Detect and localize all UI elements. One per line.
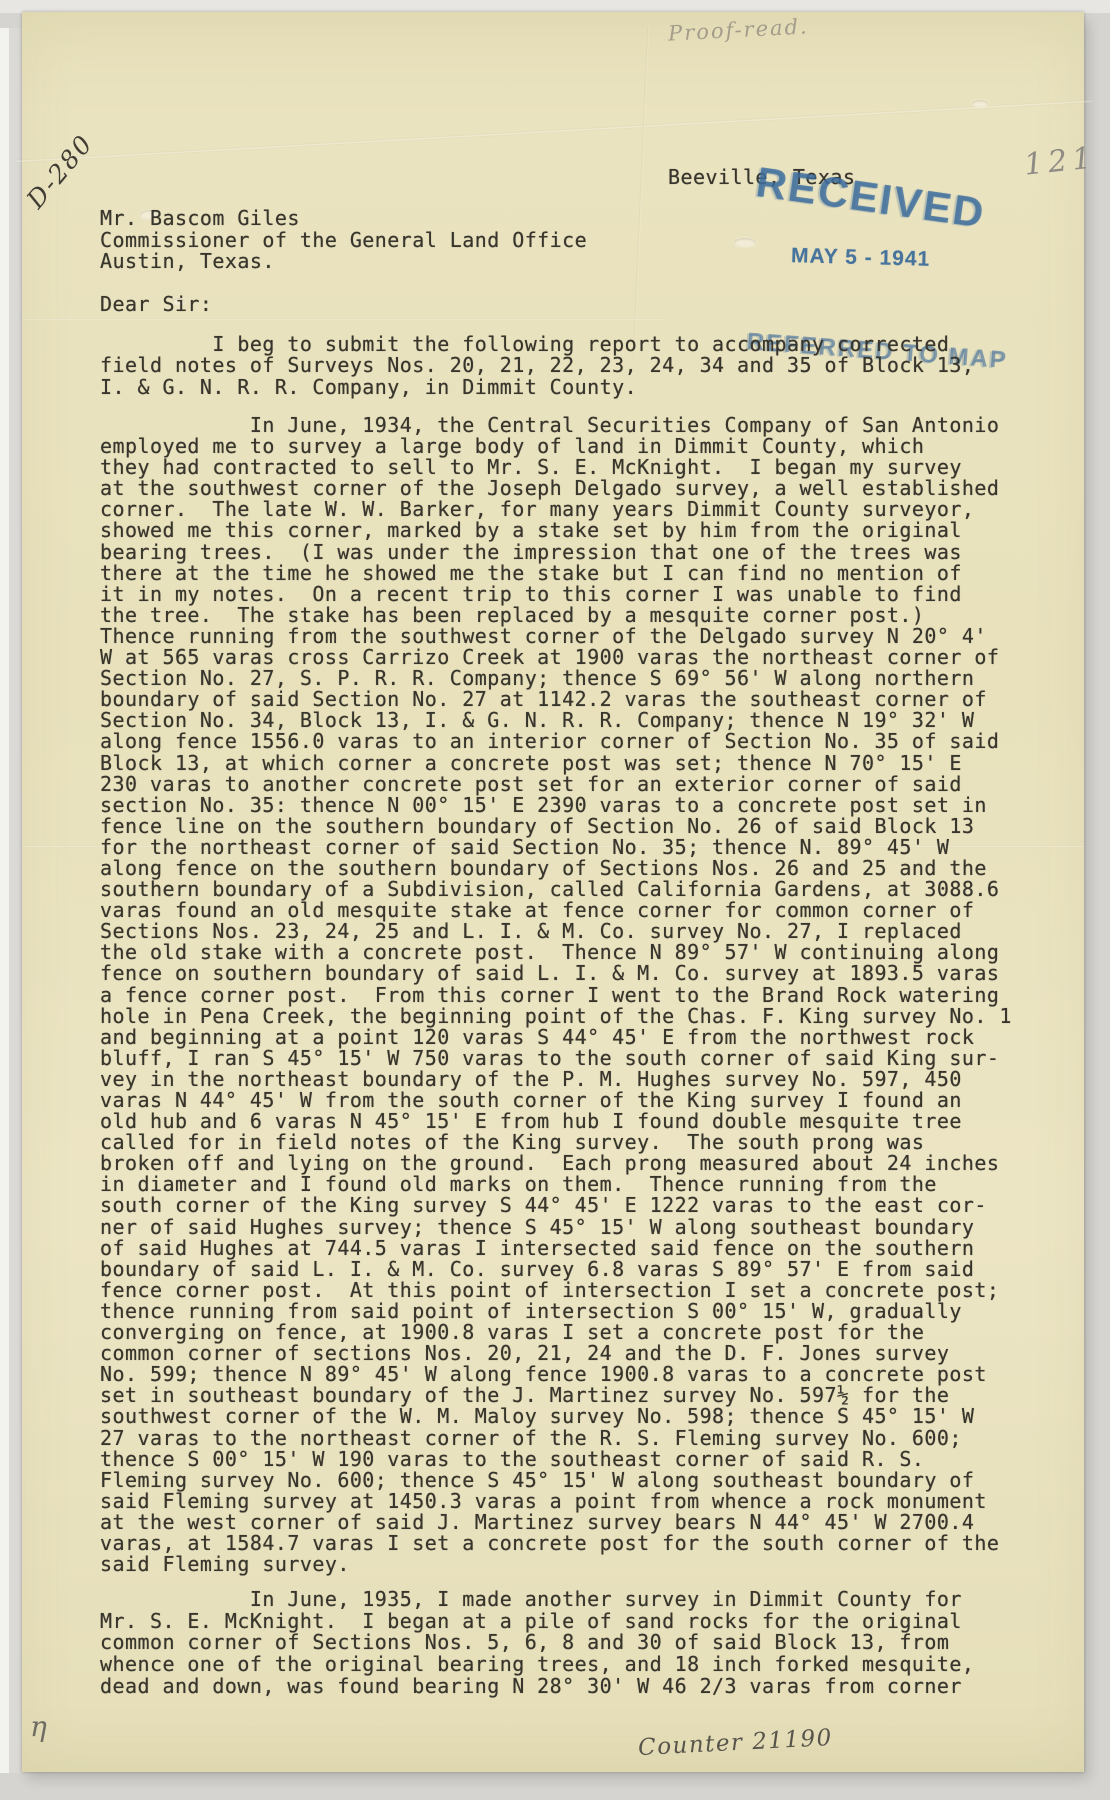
recipient-address-block: Mr. Bascom Giles Commissioner of the Gen…: [100, 208, 587, 273]
received-stamp: RECEIVED: [753, 158, 988, 238]
paper-damage-spot: [972, 100, 988, 107]
proof-read-annotation: Proof-read.: [667, 14, 809, 45]
received-date-stamp: MAY 5 - 1941: [791, 244, 931, 272]
paragraph-introduction: I beg to submit the following report to …: [100, 334, 974, 398]
sleeve-shadow: [9, 28, 23, 1773]
file-number-annotation: D-280: [21, 129, 99, 214]
counter-annotation: Counter 21190: [637, 1725, 833, 1761]
paper-crease: [14, 100, 1092, 163]
paper-damage-spot: [734, 238, 756, 247]
letter-page: Proof-read. D-280 121 Beeville, Texas RE…: [22, 12, 1084, 1772]
page-number-annotation: 121: [1022, 140, 1098, 182]
paragraph-survey-1935: In June, 1935, I made another survey in …: [100, 1589, 974, 1698]
corner-mark-annotation: η: [30, 1710, 47, 1743]
paper-crease: [22, 318, 662, 321]
sleeve-edge: [0, 28, 9, 1773]
paper-crease: [633, 27, 649, 357]
salutation: Dear Sir:: [100, 294, 212, 316]
paragraph-survey-1934: In June, 1934, the Central Securities Co…: [100, 415, 1012, 1575]
